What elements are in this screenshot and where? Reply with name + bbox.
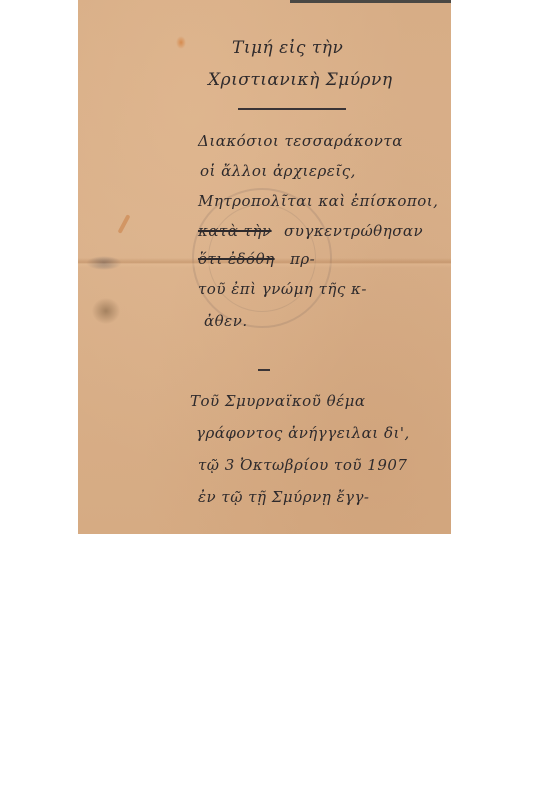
paragraph1-line-5: πρ- (290, 250, 315, 268)
heading-line-1: Τιμή εἰς τὴν (232, 38, 343, 58)
document-page: Τιμή εἰς τὴν Χριστιανικὴ Σμύρνη Διακόσιο… (78, 0, 451, 534)
paragraph1-line-6: τοῦ ἐπὶ γνώμη τῆς κ- (198, 280, 367, 298)
paragraph1-line-5-struck: ὅτι ἐδόθη (198, 250, 275, 268)
paragraph1-line-3: Μητροπολῖται καὶ ἐπίσκοποι, (198, 192, 438, 210)
paragraph1-line-7: ἀθεν. (204, 312, 248, 330)
paragraph1-line-4-struck: κατὰ τὴν (198, 222, 272, 240)
paragraph2-line-2: γράφοντος ἀνήγγειλαι δι', (196, 424, 410, 442)
heading-line-2: Χριστιανικὴ Σμύρνη (208, 70, 393, 90)
stain-spot (176, 36, 186, 49)
paragraph2-line-3: τῷ 3 Ὀκτωβρίου τοῦ 1907 (198, 456, 407, 474)
section-separator (258, 369, 270, 371)
paragraph1-line-4: συγκεντρώθησαν (284, 222, 423, 240)
paragraph1-line-1: Διακόσιοι τεσσαράκοντα (198, 132, 403, 150)
paragraph2-line-4: ἐν τῷ τῇ Σμύρνῃ ἔγγ- (198, 488, 370, 506)
paragraph1-line-2: οἱ ἄλλοι ἀρχιερεῖς, (200, 162, 356, 180)
paragraph2-line-1: Τοῦ Σμυρναϊκοῦ θέμα (190, 392, 366, 410)
heading-underline (238, 108, 346, 110)
stain-streak (118, 214, 131, 234)
scanner-edge (290, 0, 451, 3)
stain-blot (92, 298, 120, 324)
